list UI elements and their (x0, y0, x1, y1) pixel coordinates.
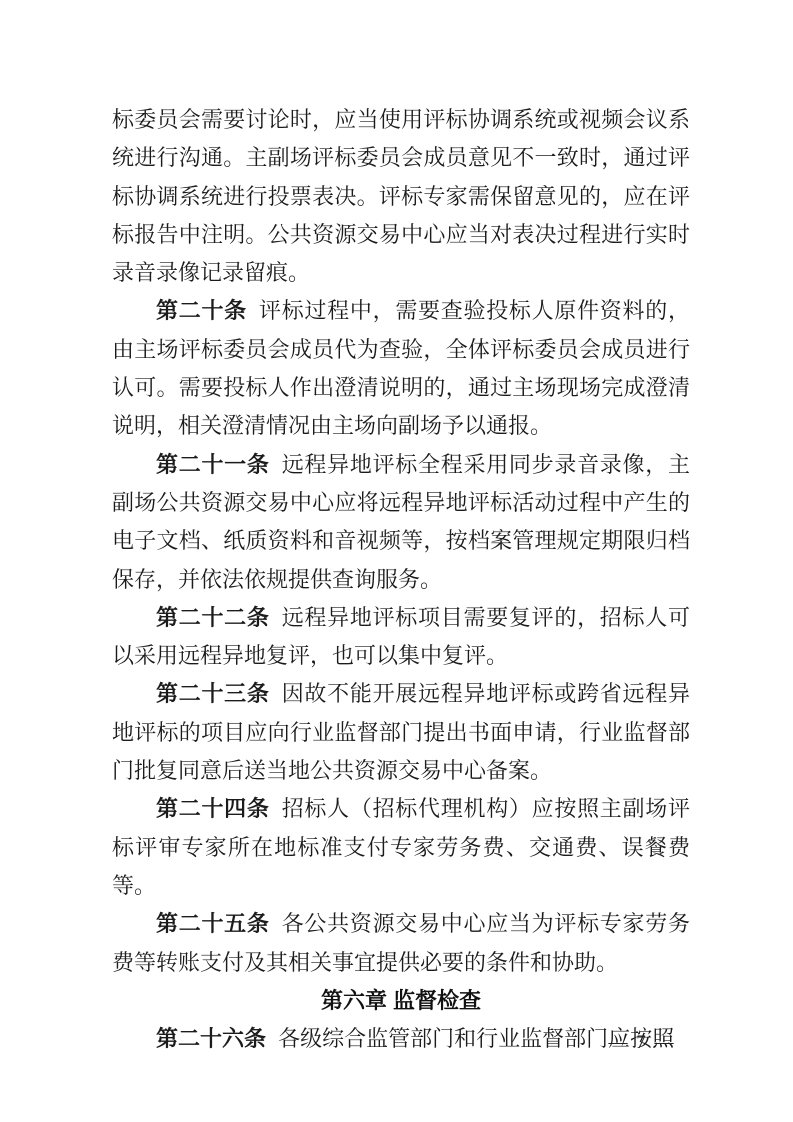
chapter-heading: 第六章 监督检查 (112, 982, 690, 1020)
article-number-label: 第二十六条 (156, 1026, 266, 1051)
article-number-label: 第二十四条 (156, 796, 270, 821)
article-paragraph: 第二十五条各公共资源交易中心应当为评标专家劳务费等转账支付及其相关事宜提供必要的… (112, 905, 690, 982)
article-number-label: 第二十二条 (156, 605, 270, 630)
article-paragraph: 第二十条评标过程中，需要查验投标人原件资料的，由主场评标委员会成员代为查验，全体… (112, 292, 690, 445)
article-number-label: 第二十条 (156, 298, 247, 323)
article-number-label: 第二十三条 (156, 681, 270, 706)
article-number-label: 第二十一条 (156, 452, 270, 477)
body-paragraph: 标委员会需要讨论时，应当使用评标协调系统或视频会议系统进行沟通。主副场评标委员会… (112, 101, 690, 292)
article-paragraph: 第二十四条招标人（招标代理机构）应按照主副场评标评审专家所在地标准支付专家劳务费… (112, 790, 690, 905)
paragraph-text: 标委员会需要讨论时，应当使用评标协调系统或视频会议系统进行沟通。主副场评标委员会… (112, 107, 690, 285)
article-paragraph: 第二十三条因故不能开展远程异地评标或跨省远程异地评标的项目应向行业监督部门提出书… (112, 675, 690, 790)
article-number-label: 第二十五条 (156, 911, 270, 936)
page-number: — 7 — (602, 1032, 682, 1054)
article-paragraph: 第二十二条远程异地评标项目需要复评的，招标人可以采用远程异地复评，也可以集中复评… (112, 599, 690, 676)
document-page: 标委员会需要讨论时，应当使用评标协调系统或视频会议系统进行沟通。主副场评标委员会… (0, 0, 793, 1122)
article-paragraph: 第二十一条远程异地评标全程采用同步录音录像，主副场公共资源交易中心应将远程异地评… (112, 446, 690, 599)
document-body: 标委员会需要讨论时，应当使用评标协调系统或视频会议系统进行沟通。主副场评标委员会… (112, 101, 690, 1058)
